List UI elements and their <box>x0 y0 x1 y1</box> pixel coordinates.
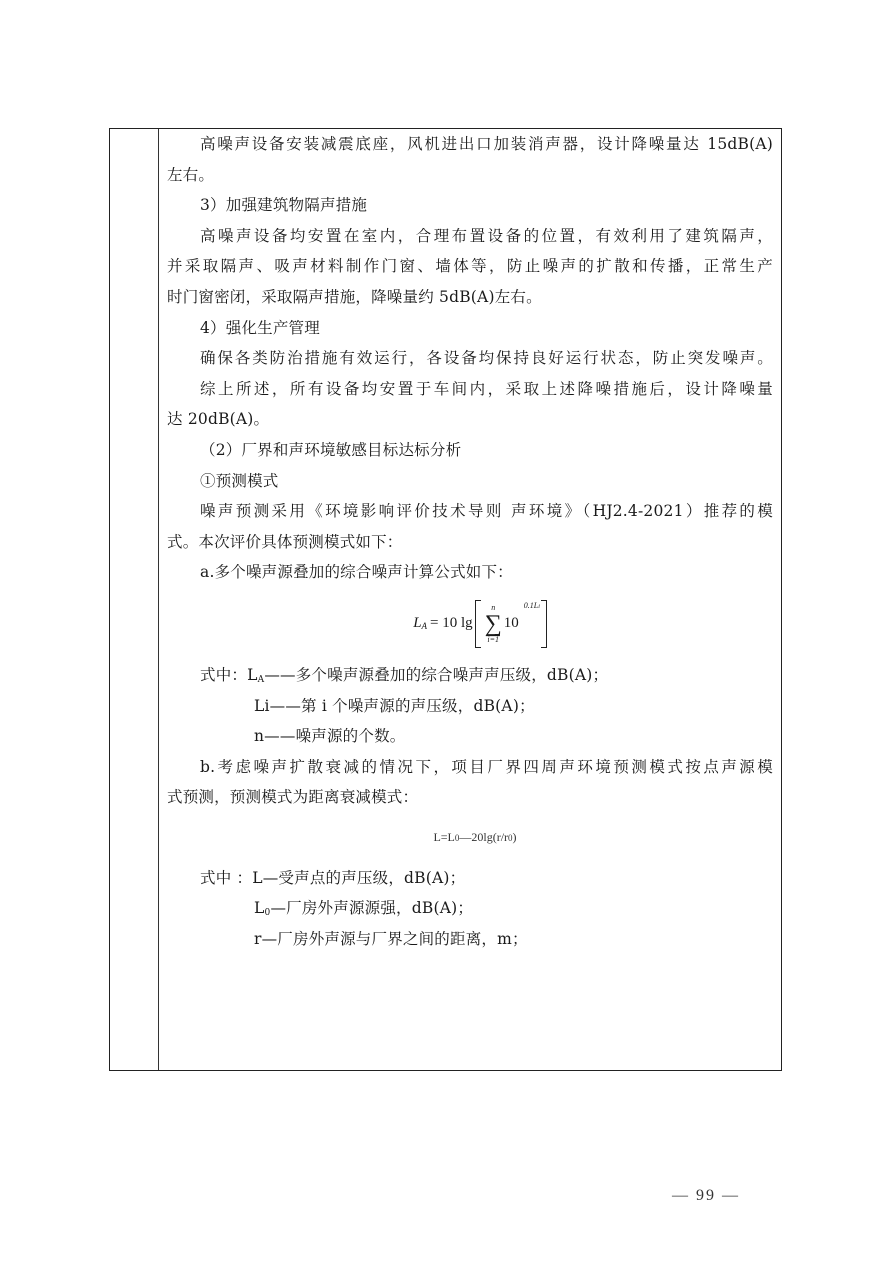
page-number: — 99 — <box>672 1187 740 1205</box>
equation-noise-superposition: LA = 10 lg n ∑ i=1 10 0.1Li <box>167 588 773 660</box>
section-heading: 3）加强建筑物隔声措施 <box>167 190 773 221</box>
section-heading: 4）强化生产管理 <box>167 313 773 344</box>
summation-symbol: n ∑ i=1 <box>485 604 502 644</box>
equation-bracket-group: n ∑ i=1 10 0.1Li <box>475 600 547 648</box>
paragraph-line: 左右。 <box>167 160 773 191</box>
legend-line: 式中：LA——多个噪声源叠加的综合噪声声压级，dB(A)； <box>167 660 773 691</box>
table-left-column <box>110 129 159 1070</box>
legend-line: L0—厂房外声源源强，dB(A)； <box>167 893 773 924</box>
paragraph-line: b.考虑噪声扩散衰减的情况下，项目厂界四周声环境预测模式按点声源模 <box>167 752 773 783</box>
subsection-heading: ①预测模式 <box>167 466 773 497</box>
right-bracket <box>541 600 547 648</box>
legend-line: r—厂房外声源与厂界之间的距离，m； <box>167 924 773 955</box>
paragraph-line: 高噪声设备均安置在室内，合理布置设备的位置，有效利用了建筑隔声， <box>167 221 773 252</box>
legend-line: 式中 ：L—受声点的声压级，dB(A)； <box>167 863 773 894</box>
paragraph-line: 时门窗密闭，采取隔声措施，降噪量约 5dB(A)左右。 <box>167 282 773 313</box>
legend-line: Li——第 i 个噪声源的声压级，dB(A)； <box>167 691 773 722</box>
equation-distance-attenuation: L=L0—20lg(r/r0) <box>167 813 773 863</box>
paragraph-line: 综上所述，所有设备均安置于车间内，采取上述降噪措施后，设计降噪量 <box>167 374 773 405</box>
paragraph-line: 达 20dB(A)。 <box>167 404 773 435</box>
paragraph-line: a.多个噪声源叠加的综合噪声计算公式如下： <box>167 557 773 588</box>
legend-line: n——噪声源的个数。 <box>167 721 773 752</box>
equation-lhs: LA <box>413 615 427 632</box>
paragraph-line: 并采取隔声、吸声材料制作门窗、墙体等，防止噪声的扩散和传播，正常生产 <box>167 251 773 282</box>
paragraph-line: 式。本次评价具体预测模式如下： <box>167 527 773 558</box>
paragraph-line: 高噪声设备安装减震底座，风机进出口加装消声器，设计降噪量达 15dB(A) <box>167 129 773 160</box>
equation-power: 10 0.1Li <box>504 615 541 632</box>
paragraph-line: 确保各类防治措施有效运行，各设备均保持良好运行状态，防止突发噪声。 <box>167 343 773 374</box>
table-content-cell: 高噪声设备安装减震底座，风机进出口加装消声器，设计降噪量达 15dB(A) 左右… <box>159 129 781 1070</box>
content-table: 高噪声设备安装减震底座，风机进出口加装消声器，设计降噪量达 15dB(A) 左右… <box>109 128 782 1071</box>
equation-equals: = 10 lg <box>430 615 473 632</box>
paragraph-line: 式预测，预测模式为距离衰减模式： <box>167 782 773 813</box>
paragraph-line: 噪声预测采用《环境影响评价技术导则 声环境》（HJ2.4-2021）推荐的模 <box>167 496 773 527</box>
section-heading: （2）厂界和声环境敏感目标达标分析 <box>167 435 773 466</box>
left-bracket <box>475 600 481 648</box>
